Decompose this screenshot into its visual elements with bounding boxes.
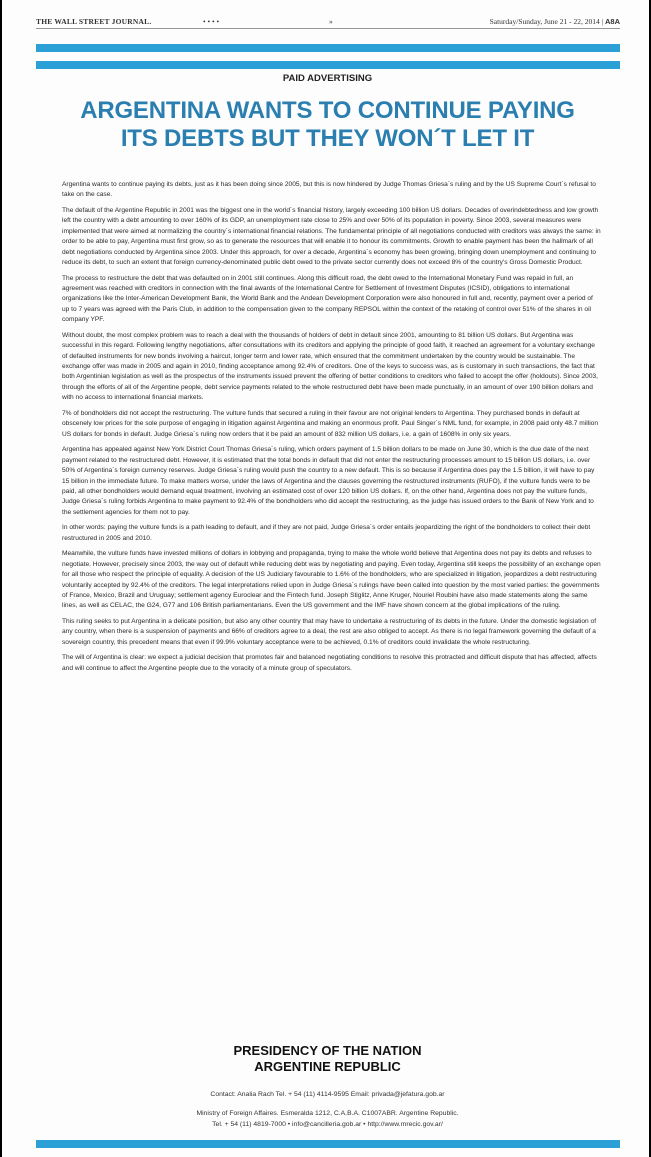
paragraph: The will of Argentina is clear: we expec… (62, 653, 602, 674)
bottom-accent-bar (36, 1140, 620, 1148)
date-text: Saturday/Sunday, June 21 - 22, 2014 | (490, 17, 605, 26)
paid-advertising-label: PAID ADVERTISING (2, 73, 651, 84)
paragraph: Argentina has appealed against New York … (62, 445, 602, 518)
headline-line-2: ITS DEBTS BUT THEY WON´T LET IT (2, 125, 651, 153)
signature-line-2: ARGENTINE REPUBLIC (2, 1059, 651, 1075)
masthead-dots: • • • • (203, 17, 219, 26)
publication-name: THE WALL STREET JOURNAL. (36, 17, 151, 26)
ministry-contacts: Tel. + 54 (11) 4819-7000 • info@cancille… (2, 1119, 651, 1130)
signature-block: PRESIDENCY OF THE NATION ARGENTINE REPUB… (2, 1043, 651, 1075)
ministry-info: Ministry of Foreign Affaires. Esmeralda … (2, 1108, 651, 1130)
paragraph: The process to restructure the debt that… (62, 274, 602, 326)
headline-line-1: ARGENTINA WANTS TO CONTINUE PAYING (2, 97, 651, 125)
article-body: Argentina wants to continue paying its d… (62, 180, 602, 679)
ministry-address: Ministry of Foreign Affaires. Esmeralda … (2, 1108, 651, 1119)
headline: ARGENTINA WANTS TO CONTINUE PAYING ITS D… (2, 97, 651, 153)
masthead-mark: » (329, 17, 333, 26)
paragraph: Without doubt, the most complex problem … (62, 331, 602, 404)
newspaper-page: THE WALL STREET JOURNAL. • • • • » Satur… (2, 0, 649, 1157)
paragraph: This ruling seeks to put Argentina in a … (62, 617, 602, 648)
issue-date: Saturday/Sunday, June 21 - 22, 2014 | A8… (490, 17, 620, 26)
top-accent-bar-2 (36, 61, 620, 69)
paragraph: 7% of bondholders did not accept the res… (62, 409, 602, 440)
signature-line-1: PRESIDENCY OF THE NATION (2, 1043, 651, 1059)
paragraph: In other words: paying the vulture funds… (62, 523, 602, 544)
masthead: THE WALL STREET JOURNAL. • • • • » Satur… (36, 14, 620, 29)
contact-line: Contact: Analia Rach Tel. + 54 (11) 4114… (2, 1091, 651, 1098)
top-accent-bar-1 (36, 44, 620, 52)
page-number: A8A (605, 17, 620, 26)
paragraph: Meanwhile, the vulture funds have invest… (62, 549, 602, 611)
paragraph: The default of the Argentine Republic in… (62, 206, 602, 268)
paragraph: Argentina wants to continue paying its d… (62, 180, 602, 201)
